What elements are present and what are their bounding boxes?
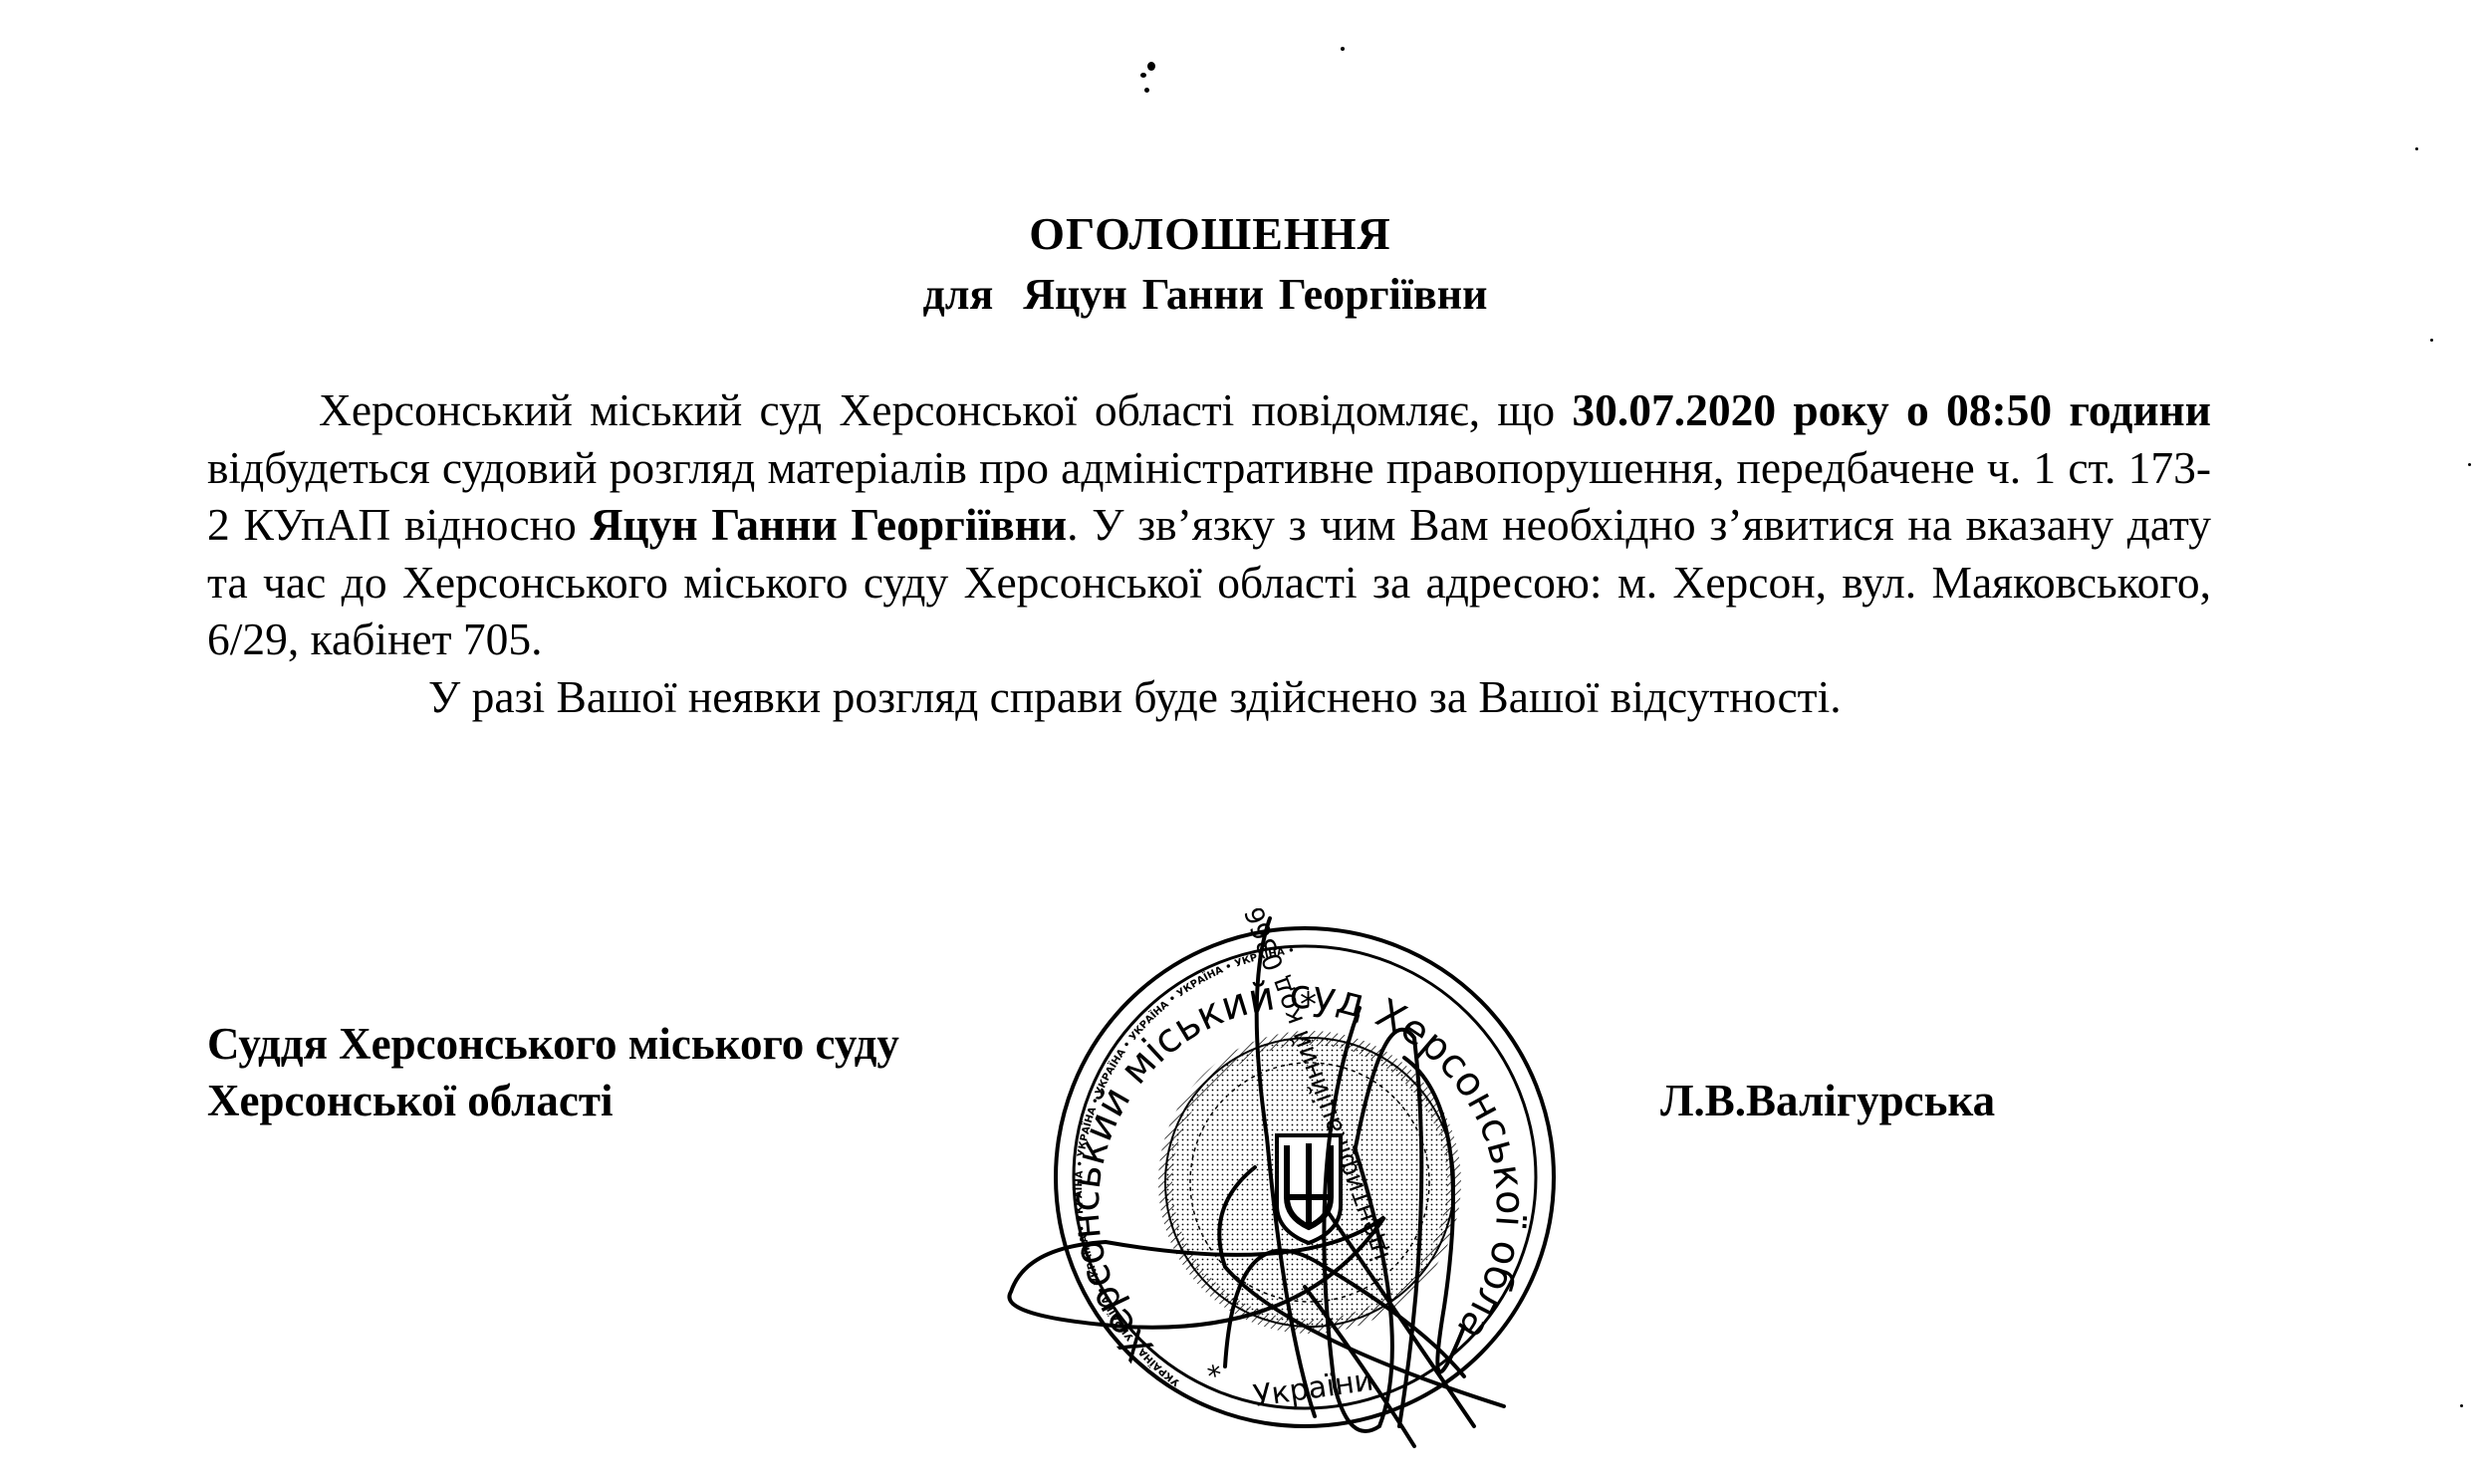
absence-warning: У разі Вашої неявки розгляд справи буде … <box>207 668 2211 726</box>
scan-speck <box>2430 339 2433 342</box>
judge-position: Суддя Херсонського міського суду Херсонс… <box>207 1016 899 1129</box>
defendant-name: Яцун Ганни Георгіївни <box>591 499 1068 550</box>
scan-speck <box>1140 73 1146 78</box>
judge-position-line2: Херсонської області <box>207 1073 899 1129</box>
trident-icon <box>1277 1135 1341 1243</box>
scan-speck <box>1144 88 1149 93</box>
judge-name: Л.В.Валігурська <box>1660 1073 1995 1129</box>
document-title: ОГОЛОШЕННЯ <box>0 207 2420 260</box>
judge-position-line1: Суддя Херсонського міського суду <box>207 1016 899 1073</box>
document-subtitle: для Яцун Ганни Георгіївни <box>0 269 2410 320</box>
addressee: для Яцун Ганни Георгіївни <box>923 270 1488 319</box>
scan-speck <box>1341 47 1345 51</box>
court-seal: УКРАЇНА • УКРАЇНА • УКРАЇНА • УКРАЇНА • … <box>1006 908 1604 1466</box>
scan-speck <box>2415 147 2418 150</box>
scan-speck <box>2468 463 2471 466</box>
notice-paragraph-main: Херсонський міський суд Херсонської обла… <box>207 381 2211 668</box>
notice-body: Херсонський міський суд Херсонської обла… <box>207 381 2211 725</box>
court-intro-text: Херсонський міський суд Херсонської обла… <box>319 384 1572 435</box>
scan-speck <box>2460 1404 2463 1407</box>
hearing-datetime: 30.07.2020 року о 08:50 години <box>1572 384 2211 435</box>
scan-speck <box>1147 62 1155 71</box>
